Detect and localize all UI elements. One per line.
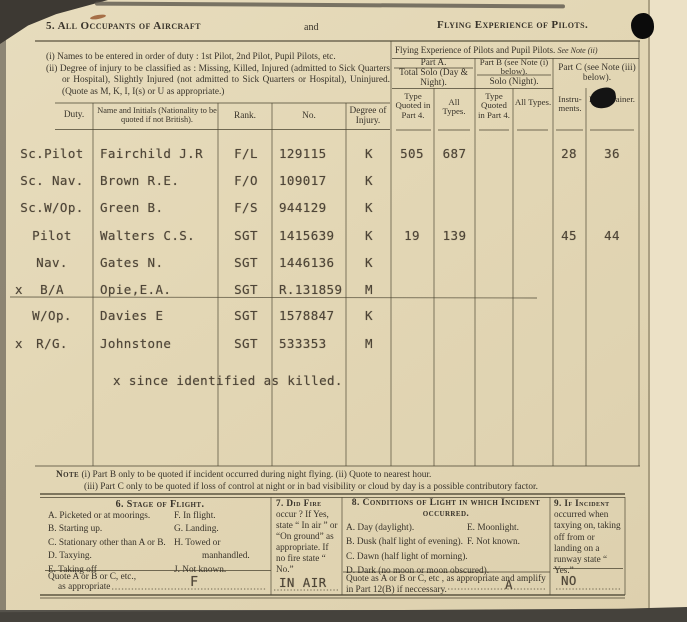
cell-type-a: 505	[392, 146, 432, 161]
col-all-types-b: All Types.	[514, 98, 552, 107]
cell-type-a: 19	[392, 228, 432, 243]
cell-link: 44	[588, 228, 636, 243]
col-type-quoted-b: Type Quoted in Part 4.	[477, 92, 511, 120]
section6-prompt-2: as appropriate	[58, 582, 110, 594]
cell-injury: K	[350, 255, 388, 270]
light-item: C. Dawn (half light of morning).	[346, 550, 476, 564]
cell-name: Fairchild J.R	[100, 146, 203, 161]
experience-title-note: See Note (ii)	[558, 46, 598, 55]
cell-name: Brown R.E.	[100, 173, 179, 188]
stage-item: G. Landing.	[174, 523, 269, 536]
cell-number: 944129	[279, 200, 327, 215]
section9-body: occurred when taxying on, taking off fro…	[554, 509, 621, 575]
cell-rank: SGT	[224, 255, 268, 270]
cell-instruments: 28	[552, 146, 586, 161]
page-title-and: and	[304, 22, 318, 33]
part-c-label: Part C (see Note (iii) below).	[555, 63, 639, 83]
stage-item: H. Towed or	[174, 537, 269, 550]
cell-duty: Nav.	[14, 255, 90, 270]
cell-rank: F/O	[224, 173, 268, 188]
cell-number: 533353	[279, 336, 327, 351]
stage-item: J. Not known.	[174, 564, 269, 577]
light-item: F. Not known.	[467, 535, 547, 549]
cell-number: 1578847	[279, 308, 334, 323]
cell-name: Davies E	[100, 308, 163, 323]
experience-title: Flying Experience of Pilots and Pupil Pi…	[395, 45, 597, 55]
cell-injury: K	[350, 146, 388, 161]
cell-injury: K	[350, 173, 388, 188]
section7-title: 7. Did Fire	[276, 498, 321, 508]
cell-duty: R/G.	[14, 336, 90, 351]
hdr-number: No.	[274, 111, 344, 123]
cell-injury: M	[350, 282, 388, 297]
cell-name: Green B.	[100, 200, 163, 215]
light-item: A. Day (daylight).	[346, 521, 476, 535]
cell-duty: W/Op.	[14, 308, 90, 323]
part-b-label: Part B (see Note (i) below).	[477, 58, 551, 76]
cell-rank: F/L	[224, 146, 268, 161]
cell-rank: F/S	[224, 200, 268, 215]
cell-link: 36	[588, 146, 636, 161]
cell-rank: SGT	[224, 336, 268, 351]
section7-body: occur ? If Yes, state “ In air ” or “On …	[276, 509, 337, 574]
page-title-right: Flying Experience of Pilots.	[437, 19, 588, 31]
page-title-left: 5. All Occupants of Aircraft	[46, 20, 201, 32]
cell-number: 1446136	[279, 255, 334, 270]
stage-item: manhandled.	[174, 550, 269, 563]
cell-duty: Pilot	[14, 228, 90, 243]
instruction-i: (i) Names to be entered in order of duty…	[46, 52, 390, 64]
section9-block: 9. If Incident occurred when taxying on,…	[554, 498, 624, 576]
cell-rank: SGT	[224, 228, 268, 243]
section8-items-right: E. Moonlight. F. Not known.	[467, 521, 547, 550]
cell-number: R.131859	[279, 282, 342, 297]
section9-answer: NO	[561, 573, 577, 588]
cell-duty: Sc. Nav.	[14, 173, 90, 188]
hdr-rank: Rank.	[220, 111, 270, 123]
col-all-types-a: All Types.	[436, 98, 472, 117]
cell-rank: SGT	[224, 282, 268, 297]
cell-number: 129115	[279, 146, 327, 161]
cell-name: Opie,E.A.	[100, 282, 171, 297]
cell-name: Johnstone	[100, 336, 171, 351]
light-item: B. Dusk (half light of evening).	[346, 535, 476, 549]
cell-instruments: 45	[552, 228, 586, 243]
cell-duty: Sc.Pilot	[14, 146, 90, 161]
note-line-2: (iii) Part C only to be quoted if loss o…	[84, 482, 538, 494]
cell-name: Walters C.S.	[100, 228, 195, 243]
killed-annotation: x since identified as killed.	[113, 373, 343, 388]
cell-all-a: 139	[436, 228, 473, 243]
scan-left-edge	[0, 0, 6, 610]
cell-injury: K	[350, 228, 388, 243]
hole-punch-mark	[631, 13, 654, 39]
note-line-1: Note (i) Part B only to be quoted if inc…	[56, 470, 431, 482]
scanned-accident-report-form: { "header": { "left_title": "5. All Occu…	[0, 0, 687, 622]
cell-name: Gates N.	[100, 255, 163, 270]
col-type-quoted-a: Type Quoted in Part 4.	[393, 92, 433, 120]
section8-items-left: A. Day (daylight). B. Dusk (half light o…	[346, 521, 476, 579]
cell-number: 109017	[279, 173, 327, 188]
part-b-sub: Solo (Night).	[477, 77, 551, 89]
col-instruments: Instru- ments.	[554, 95, 586, 114]
stage-item: F. In flight.	[174, 510, 269, 523]
hdr-duty: Duty.	[55, 110, 93, 122]
instructions-block: (i) Names to be entered in order of duty…	[46, 52, 390, 98]
cell-number: 1415639	[279, 228, 334, 243]
light-item: E. Moonlight.	[467, 521, 547, 535]
instruction-ii: (ii) Degree of injury to be classified a…	[46, 64, 390, 99]
section6-title: 6. Stage of Flight.	[55, 499, 265, 510]
section8-title: 8. Conditions of Light in which Incident…	[344, 498, 548, 519]
cell-duty: B/A	[14, 282, 90, 297]
part-a-sub: Total Solo (Day & Night).	[392, 69, 475, 89]
cell-injury: K	[350, 308, 388, 323]
section6-items-right: F. In flight. G. Landing. H. Towed or ma…	[174, 510, 269, 577]
cell-injury: M	[350, 336, 388, 351]
cell-all-a: 687	[436, 146, 473, 161]
section7-answer: IN AIR	[279, 575, 327, 590]
cell-injury: K	[350, 200, 388, 215]
section8-prompt: Quote as A or B or C, etc , as appropria…	[346, 574, 548, 596]
section9-title: 9. If Incident	[554, 498, 610, 508]
cell-duty: Sc.W/Op.	[14, 200, 90, 215]
section7-block: 7. Did Fire occur ? If Yes, state “ In a…	[276, 498, 338, 575]
section6-answer: F	[190, 574, 199, 590]
section8-answer: A	[505, 577, 513, 592]
cell-rank: SGT	[224, 308, 268, 323]
hdr-name: Name and Initials (Nationality to be quo…	[97, 106, 217, 125]
hdr-injury: Degree of Injury.	[347, 106, 389, 126]
